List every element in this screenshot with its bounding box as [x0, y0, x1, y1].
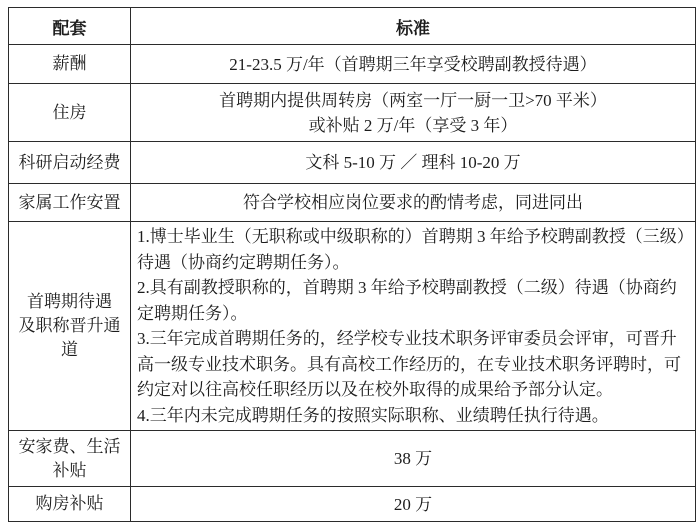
row-label-house-purchase-subsidy: 购房补贴 [9, 487, 131, 522]
table-row-first-term: 首聘期待遇 及职称晋升通 道 1.博士毕业生（无职称或中级职称的）首聘期 3 年… [9, 222, 696, 431]
row-value-housing: 首聘期内提供周转房（两室一厅一厨一卫>70 平米） 或补贴 2 万/年（享受 3… [131, 84, 696, 142]
row-value-research-fund: 文科 5-10 万 ／ 理科 10-20 万 [131, 142, 696, 184]
first-term-item-4: 4.三年内未完成聘期任务的按照实际职称、业绩聘任执行待遇。 [137, 403, 690, 429]
header-cell-biaozhun: 标准 [131, 8, 696, 45]
table-row-research-fund: 科研启动经费 文科 5-10 万 ／ 理科 10-20 万 [9, 142, 696, 184]
row-value-salary: 21-23.5 万/年（首聘期三年享受校聘副教授待遇） [131, 45, 696, 84]
table-row-salary: 薪酬 21-23.5 万/年（首聘期三年享受校聘副教授待遇） [9, 45, 696, 84]
first-term-item-1: 1.博士毕业生（无职称或中级职称的）首聘期 3 年给予校聘副教授（三级）待遇（协… [137, 224, 690, 275]
row-label-research-fund: 科研启动经费 [9, 142, 131, 184]
row-label-settling-allowance: 安家费、生活 补贴 [9, 431, 131, 487]
row-value-settling-allowance: 38 万 [131, 431, 696, 487]
row-label-family-placement: 家属工作安置 [9, 184, 131, 222]
table-row-housing: 住房 首聘期内提供周转房（两室一厅一厨一卫>70 平米） 或补贴 2 万/年（享… [9, 84, 696, 142]
row-label-first-term: 首聘期待遇 及职称晋升通 道 [9, 222, 131, 431]
first-term-item-3: 3.三年完成首聘期任务的，经学校专业技术职务评审委员会评审，可晋升高一级专业技术… [137, 326, 690, 403]
table-row-settling-allowance: 安家费、生活 补贴 38 万 [9, 431, 696, 487]
page: 配套 标准 薪酬 21-23.5 万/年（首聘期三年享受校聘副教授待遇） 住房 … [0, 7, 700, 527]
row-value-family-placement: 符合学校相应岗位要求的酌情考虑，同进同出 [131, 184, 696, 222]
table-row-family-placement: 家属工作安置 符合学校相应岗位要求的酌情考虑，同进同出 [9, 184, 696, 222]
row-value-first-term: 1.博士毕业生（无职称或中级职称的）首聘期 3 年给予校聘副教授（三级）待遇（协… [131, 222, 696, 431]
table-row-house-purchase-subsidy: 购房补贴 20 万 [9, 487, 696, 522]
row-value-house-purchase-subsidy: 20 万 [131, 487, 696, 522]
first-term-item-2: 2.具有副教授职称的，首聘期 3 年给予校聘副教授（二级）待遇（协商约定聘期任务… [137, 275, 690, 326]
benefits-table: 配套 标准 薪酬 21-23.5 万/年（首聘期三年享受校聘副教授待遇） 住房 … [8, 7, 696, 522]
header-cell-peitao: 配套 [9, 8, 131, 45]
row-label-salary: 薪酬 [9, 45, 131, 84]
row-label-housing: 住房 [9, 84, 131, 142]
table-header-row: 配套 标准 [9, 8, 696, 45]
